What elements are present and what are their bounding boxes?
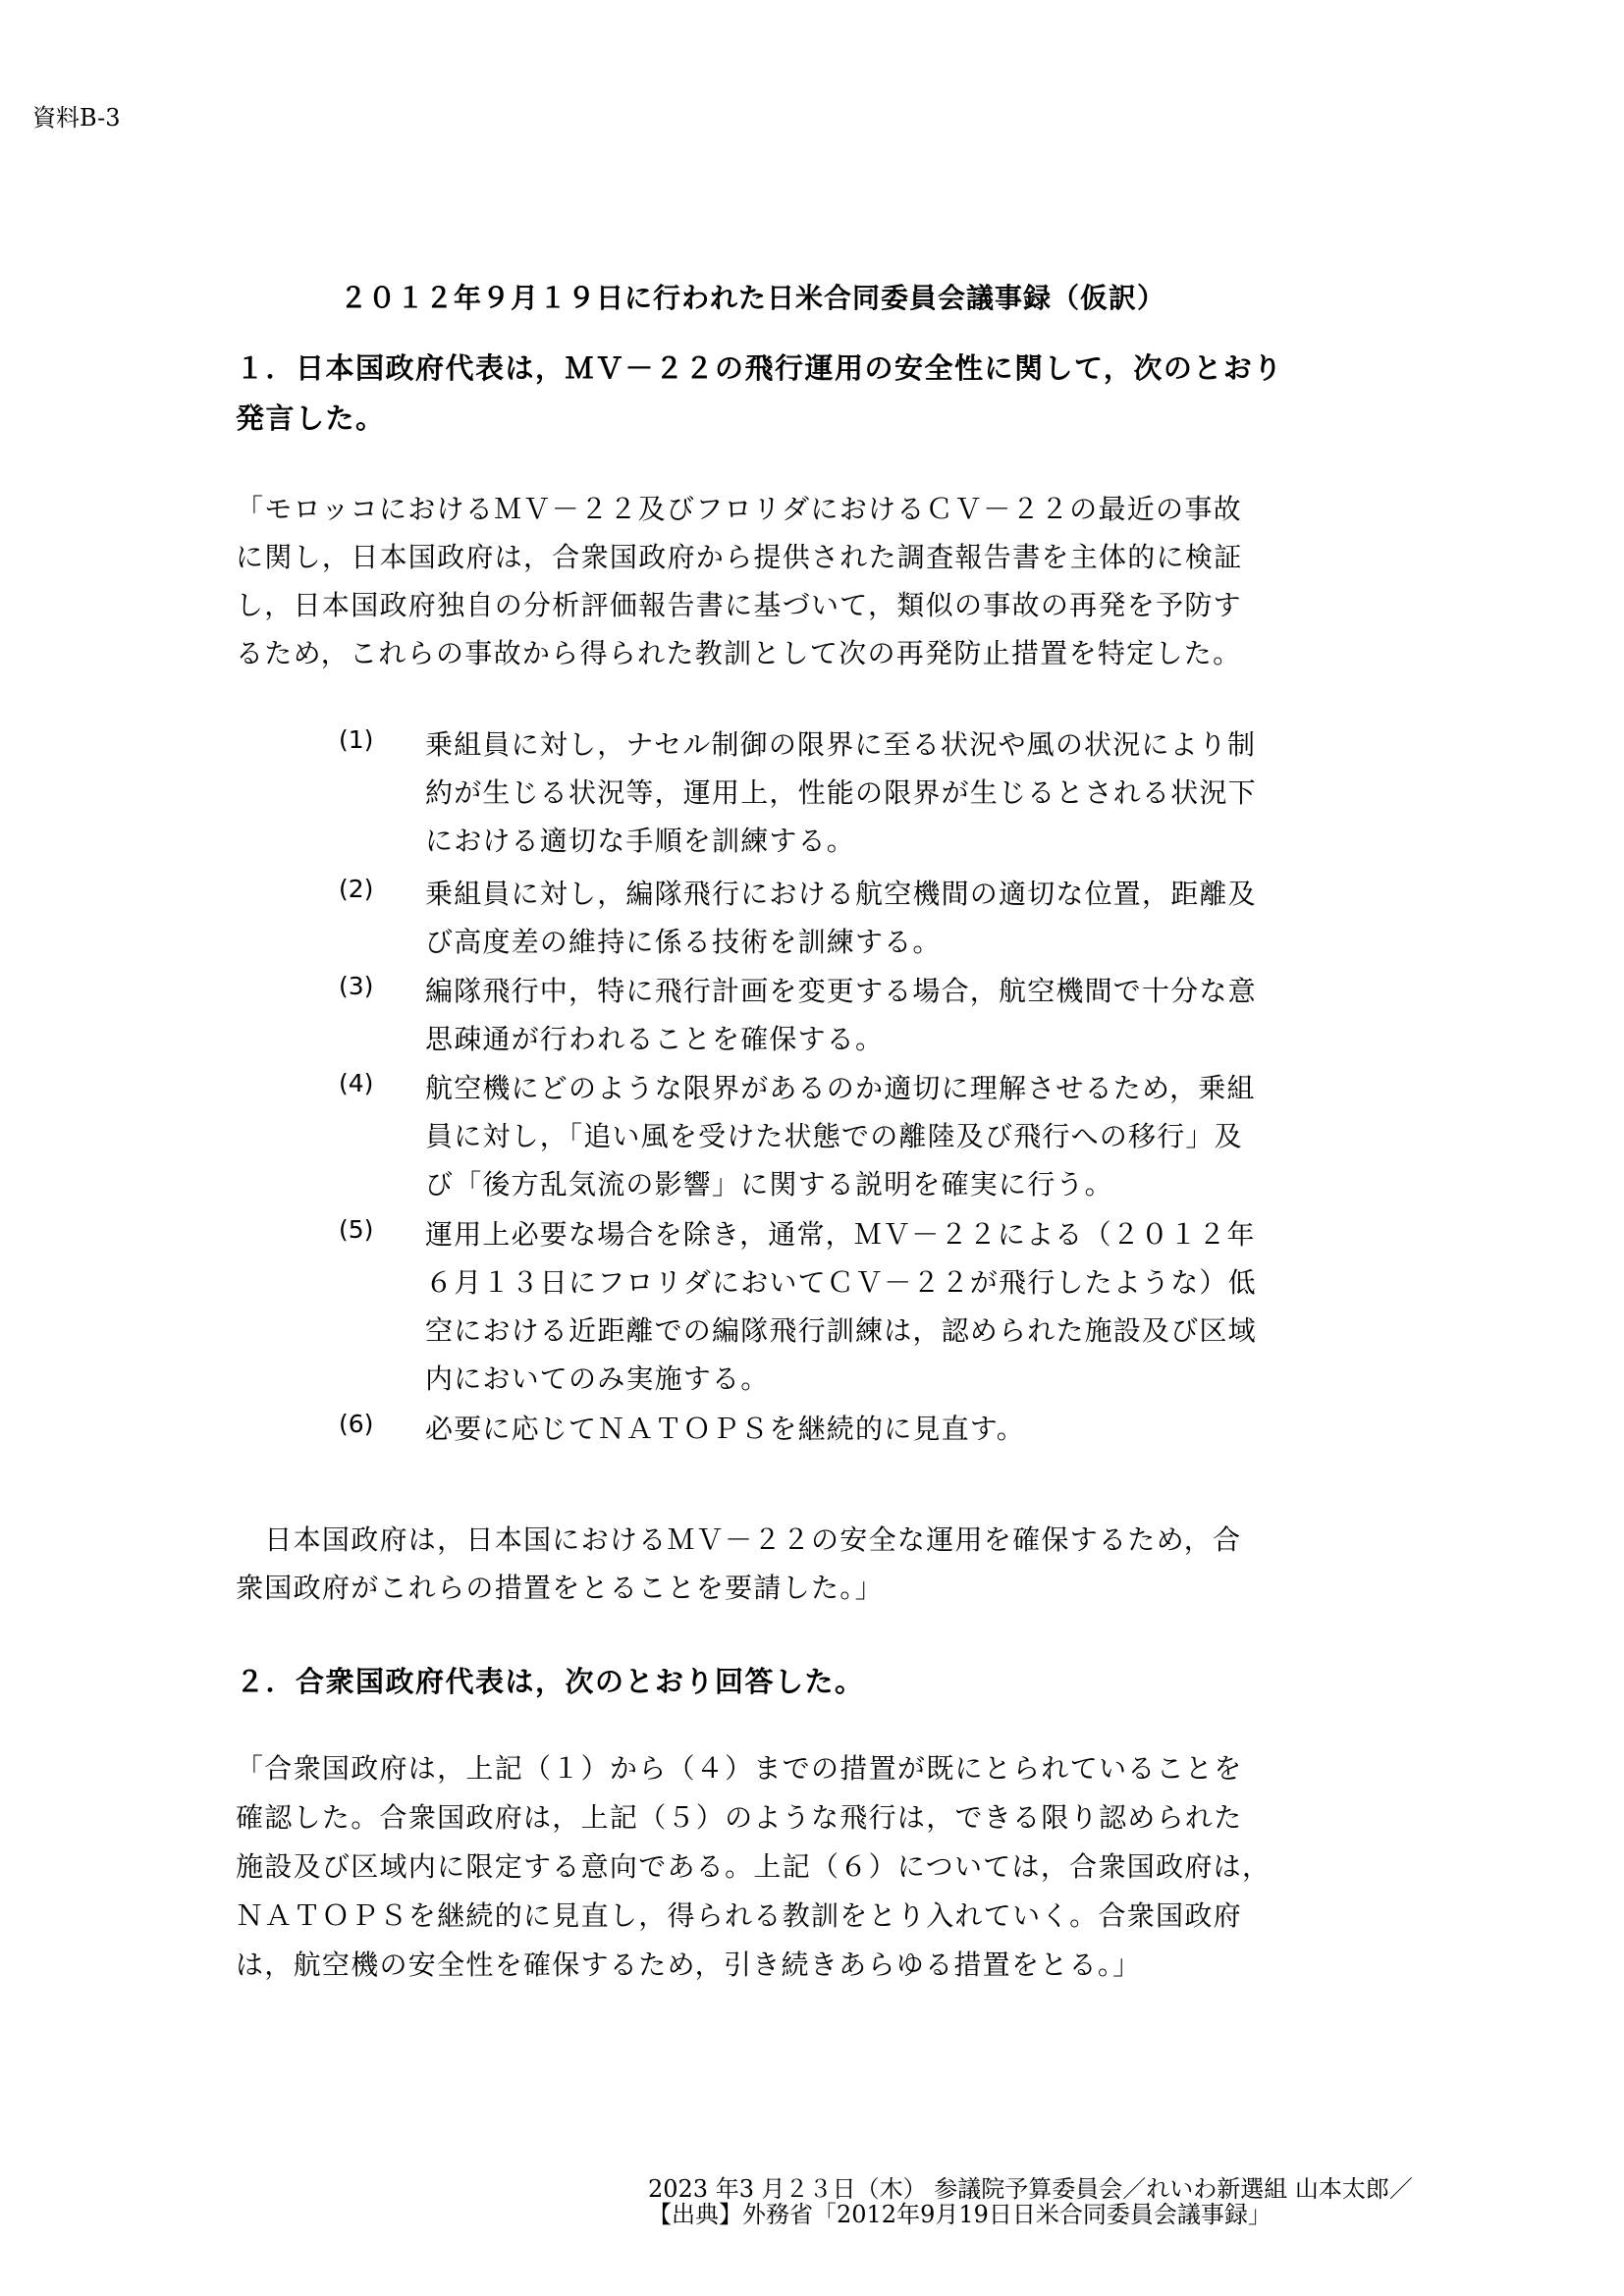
section-1-heading-line-1: １．日本国政府代表は，ＭＶ－２２の飛行運用の安全性に関して，次のとおり bbox=[236, 347, 1283, 387]
closing-line: 日本国政府は，日本国におけるＭＶ－２２の安全な運用を確保するため，合 bbox=[236, 1519, 1241, 1558]
section-2-heading: ２．合衆国政府代表は，次のとおり回答した。 bbox=[236, 1660, 865, 1700]
item-line: における適切な手順を訓練する。 bbox=[425, 820, 855, 859]
document-title: ２０１２年９月１９日に行われた日米合同委員会議事録（仮訳） bbox=[340, 277, 1165, 316]
footer-line-2: 【出典】外務省「2012年9月19日日米合同委員会議事録」 bbox=[648, 2195, 1272, 2229]
item-line: 必要に応じてＮＡＴＯＰＳを継続的に見直す。 bbox=[425, 1408, 1025, 1447]
item-number: (5) bbox=[339, 1215, 373, 1244]
document-label: 資料B-3 bbox=[32, 98, 120, 133]
item-line: 員に対し，「追い風を受けた状態での離陸及び飛行への移行」及 bbox=[425, 1115, 1243, 1154]
response-line: 施設及び区域内に限定する意向である。上記（６）については，合衆国政府は， bbox=[236, 1845, 1271, 1885]
item-line: ６月１３日にフロリダにおいてＣＶ－２２が飛行したような）低 bbox=[425, 1261, 1257, 1301]
item-number: (4) bbox=[339, 1069, 373, 1097]
item-number: (6) bbox=[339, 1410, 373, 1438]
response-line: 「合衆国政府は，上記（１）から（４）までの措置が既にとられていることを bbox=[236, 1747, 1243, 1787]
item-line: び「後方乱気流の影響」に関する説明を確実に行う。 bbox=[425, 1163, 1113, 1202]
intro-line: るため，これらの事故から得られた教訓として次の再発防止措置を特定した。 bbox=[236, 632, 1241, 671]
response-line: は，航空機の安全性を確保するため，引き続きあらゆる措置をとる。」 bbox=[236, 1944, 1141, 1983]
closing-line: 衆国政府がこれらの措置をとることを要請した。」 bbox=[236, 1567, 884, 1606]
item-line: 運用上必要な場合を除き，通常，ＭＶ－２２による（２０１２年 bbox=[425, 1213, 1256, 1253]
item-line: 航空機にどのような限界があるのか適切に理解させるため，乗組 bbox=[425, 1067, 1256, 1106]
item-line: び高度差の維持に係る技術を訓練する。 bbox=[425, 921, 942, 960]
intro-line: 「モロッコにおけるＭＶ－２２及びフロリダにおけるＣＶ－２２の最近の事故 bbox=[236, 488, 1242, 527]
response-line: ＮＡＴＯＰＳを継続的に見直し，得られる教訓をとり入れていく。合衆国政府 bbox=[236, 1895, 1242, 1934]
intro-line: し，日本国政府独自の分析評価報告書に基づいて，類似の事故の再発を予防す bbox=[236, 584, 1242, 623]
item-line: 乗組員に対し，編隊飛行における航空機間の適切な位置，距離及 bbox=[425, 873, 1257, 912]
section-1-heading-line-2: 発言した。 bbox=[236, 397, 386, 437]
item-line: 空における近距離での編隊飛行訓練は，認められた施設及び区域 bbox=[425, 1309, 1257, 1349]
item-line: 乗組員に対し，ナセル制御の限界に至る状況や風の状況により制 bbox=[425, 723, 1256, 763]
item-line: 思疎通が行われることを確保する。 bbox=[425, 1018, 884, 1057]
item-number: (1) bbox=[339, 725, 373, 754]
item-number: (2) bbox=[339, 875, 373, 903]
item-number: (3) bbox=[339, 972, 373, 1000]
item-line: 約が生じる状況等，運用上，性能の限界が生じるとされる状況下 bbox=[425, 772, 1257, 811]
item-line: 編隊飛行中，特に飛行計画を変更する場合，航空機間で十分な意 bbox=[425, 970, 1257, 1009]
response-line: 確認した。合衆国政府は，上記（５）のような飛行は，できる限り認められた bbox=[236, 1796, 1243, 1836]
intro-line: に関し，日本国政府は，合衆国政府から提供された調査報告書を主体的に検証 bbox=[236, 536, 1243, 575]
item-line: 内においてのみ実施する。 bbox=[425, 1358, 769, 1397]
